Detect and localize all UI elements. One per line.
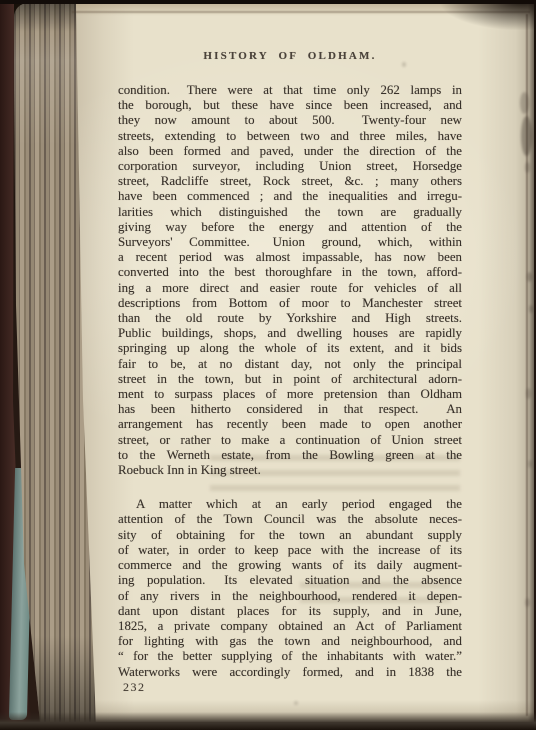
text-line: converted into the best thoroughfare in … <box>118 265 462 280</box>
stain-mark <box>525 598 530 607</box>
text-line: corporation surveyor, including Union st… <box>118 159 462 174</box>
text-line: Surveyors' Committee. Union ground, whic… <box>118 235 462 250</box>
text-line: arrangement has recently been made to op… <box>118 417 462 432</box>
text-line: a recent period was almost impassable, h… <box>118 250 462 265</box>
text-line: streets, extending to between two and th… <box>118 129 462 144</box>
text-line: A matter which at an early period engage… <box>118 497 462 512</box>
stain-mark <box>525 162 530 173</box>
text-line: condition. There were at that time only … <box>118 83 462 98</box>
book-photo: HISTORY OF OLDHAM. condition. There were… <box>0 0 536 730</box>
text-line: have been commenced ; and the inequaliti… <box>118 189 462 204</box>
text-line: ing population. Its elevated situation a… <box>118 573 462 588</box>
text-line: ing a more direct and easier route for v… <box>118 281 462 296</box>
top-right-binding-shadow <box>440 0 536 30</box>
text-line: has been hitherto considered in that res… <box>118 402 462 417</box>
text-line: than the old route by Yorkshire and High… <box>118 311 462 326</box>
text-line: street in the town, but in point of arch… <box>118 372 462 387</box>
text-line: 1825, a private company obtained an Act … <box>118 619 462 634</box>
text-line: giving way before the energy and attenti… <box>118 220 462 235</box>
page-number: 232 <box>123 680 146 695</box>
text-line: ment to surpass places of more pretensio… <box>118 387 462 402</box>
bottom-dark-edge <box>0 712 536 730</box>
stain-mark <box>528 460 532 468</box>
text-line: to the Werneth estate, from the Bowling … <box>118 448 462 463</box>
text-line: they now amount to about 500. Twenty-fou… <box>118 113 462 128</box>
paragraph-2: A matter which at an early period engage… <box>118 497 462 679</box>
text-line: springing up along the whole of its exte… <box>118 341 462 356</box>
text-line: for lighting with gas the town and neigh… <box>118 634 462 649</box>
stain-mark <box>527 272 532 282</box>
stain-mark <box>526 388 531 399</box>
text-line: Public buildings, shops, and dwelling ho… <box>118 326 462 341</box>
right-edge-shadow <box>528 0 536 730</box>
text-line: “ for the better supplying of the inhabi… <box>118 649 462 664</box>
running-header: HISTORY OF OLDHAM. <box>118 50 462 63</box>
text-line: descriptions from Bottom of moor to Manc… <box>118 296 462 311</box>
text-line: fair to be, at no distant day, not only … <box>118 357 462 372</box>
stain-mark <box>520 92 529 114</box>
text-block: HISTORY OF OLDHAM. condition. There were… <box>118 50 462 680</box>
stain-mark <box>402 62 406 67</box>
text-line: attention of the Town Council was the ab… <box>118 512 462 527</box>
text-line: also been formed and paved, under the di… <box>118 144 462 159</box>
text-line: of water, in order to keep pace with the… <box>118 543 462 558</box>
stain-mark <box>294 701 298 705</box>
text-line: Waterworks were accordingly formed, and … <box>118 665 462 680</box>
paragraph-1: condition. There were at that time only … <box>118 83 462 478</box>
text-line: of any rivers in the neighbourhood, rend… <box>118 589 462 604</box>
text-line: Roebuck Inn in King street. <box>118 463 462 478</box>
text-line: commerce and the growing wants of its da… <box>118 558 462 573</box>
text-line: street, or rather to make a continuation… <box>118 433 462 448</box>
text-line: dant upon distant places for its supply,… <box>118 604 462 619</box>
stain-mark <box>529 305 533 313</box>
stain-mark <box>521 116 532 156</box>
text-line: larities which distinguished the town ar… <box>118 205 462 220</box>
text-line: street, Radcliffe street, Rock street, &… <box>118 174 462 189</box>
text-line: the borough, but these have since been i… <box>118 98 462 113</box>
text-line: sity of obtaining for the town an abunda… <box>118 528 462 543</box>
